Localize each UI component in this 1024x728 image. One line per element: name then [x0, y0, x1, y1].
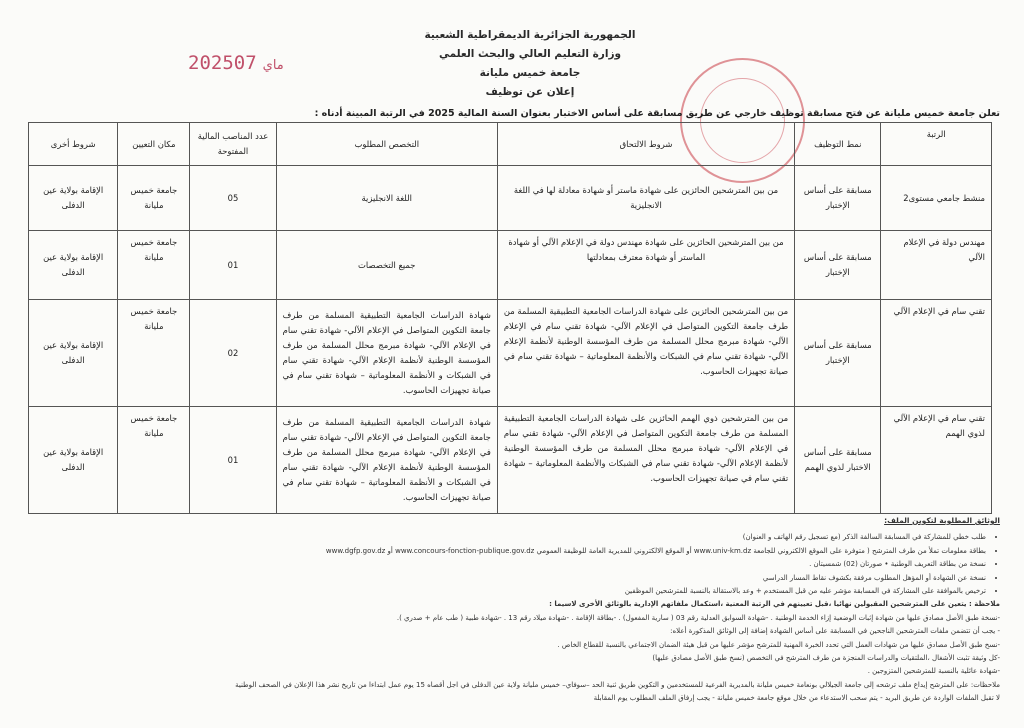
document-item: نسخة من بطاقة التعريف الوطنية • صورتان (…	[60, 558, 986, 571]
cell-rank: تقني سام في الإعلام الآلي	[881, 300, 992, 407]
table-header-row: الرتبة نمط التوظيف شروط الالتحاق التخصص …	[29, 123, 992, 166]
cell-specialty: اللغة الانجليزية	[276, 166, 497, 231]
header-specialty: التخصص المطلوب	[276, 123, 497, 166]
cell-place: جامعة خميس مليانة	[118, 231, 190, 300]
note-item: -شهادة عائلية بالنسبة للمترشحين المتزوجي…	[60, 665, 1000, 678]
remark-line: ملاحظات: على المترشح إيداع ملف ترشحه إلى…	[60, 679, 1000, 692]
intro-paragraph: تعلن جامعة خميس مليانة عن فتح مسابقة توظ…	[200, 108, 1000, 119]
cell-other: الإقامة بولاية عين الدفلى	[29, 407, 118, 514]
note-item: - يجب أن تتضمن ملفات المترشحين الناجحين …	[60, 625, 1000, 638]
document-item: نسخة عن الشهادة أو المؤهل المطلوب مرفقة …	[60, 572, 986, 585]
documents-title: الوثائق المطلوبة لتكوين الملف:	[60, 514, 1000, 527]
cell-specialty: شهادة الدراسات الجامعية التطبيقية المسلم…	[276, 407, 497, 514]
cell-other: الإقامة بولاية عين الدفلى	[29, 231, 118, 300]
cell-mode: مسابقة على أساس الإختبار	[795, 300, 881, 407]
cell-conditions: من بين المترشحين الحائزين على شهادة مهند…	[497, 231, 794, 300]
cell-other: الإقامة بولاية عين الدفلى	[29, 166, 118, 231]
letterhead: الجمهورية الجزائرية الديمقراطية الشعبية …	[380, 26, 680, 102]
remark-line: لا تقبل الملفات الواردة عن طريق البريد -…	[60, 692, 1000, 705]
header-other: شروط أخرى	[29, 123, 118, 166]
note-title: ملاحظة : يتعين على المترشحين المقبولين ن…	[60, 598, 1000, 611]
cell-conditions: من بين المترشحين الحائزين على شهادة ماست…	[497, 166, 794, 231]
cell-count: 02	[190, 300, 276, 407]
note-item: -كل وثيقة تثبت الأشغال ،الملتقيات والدرا…	[60, 652, 1000, 665]
cell-mode: مسابقة على أساس الاختبار لذوي الهمم	[795, 407, 881, 514]
ministry-name: وزارة التعليم العالي والبحث العلمي	[380, 45, 680, 64]
date-stamp: 2025ماي07	[188, 52, 290, 74]
cell-conditions: من بين المترشحين ذوي الهمم الحائزين على …	[497, 407, 794, 514]
positions-table: الرتبة نمط التوظيف شروط الالتحاق التخصص …	[28, 122, 992, 514]
cell-count: 01	[190, 407, 276, 514]
cell-mode: مسابقة على أساس الإختبار	[795, 231, 881, 300]
note-item: -نسخ طبق الأصل مصادق عليها من شهادات الع…	[60, 639, 1000, 652]
cell-rank: منشط جامعي مستوى2	[881, 166, 992, 231]
date-year: 2025	[188, 52, 234, 74]
note-item: -نسخة طبق الأصل مصادق عليها من شهادة إثب…	[60, 612, 1000, 625]
university-name: جامعة خميس مليانة	[380, 64, 680, 83]
table-row: تقني سام في الإعلام الآلي لذوي الهمم مسا…	[29, 407, 992, 514]
cell-place: جامعة خميس مليانة	[118, 300, 190, 407]
header-count: عدد المناصب المالية المفتوحة	[190, 123, 276, 166]
header-conditions: شروط الالتحاق	[497, 123, 794, 166]
header-place: مكان التعيين	[118, 123, 190, 166]
cell-place: جامعة خميس مليانة	[118, 407, 190, 514]
cell-specialty: جميع التخصصات	[276, 231, 497, 300]
cell-specialty: شهادة الدراسات الجامعية التطبيقية المسلم…	[276, 300, 497, 407]
table-row: منشط جامعي مستوى2 مسابقة على أساس الإختب…	[29, 166, 992, 231]
table-row: تقني سام في الإعلام الآلي مسابقة على أسا…	[29, 300, 992, 407]
announcement-title: إعلان عن توظيف	[380, 83, 680, 102]
cell-rank: مهندس دولة في الإعلام الآلي	[881, 231, 992, 300]
republic-name: الجمهورية الجزائرية الديمقراطية الشعبية	[380, 26, 680, 45]
cell-mode: مسابقة على أساس الإختبار	[795, 166, 881, 231]
header-rank: الرتبة	[881, 123, 992, 166]
document-item: طلب خطي للمشاركة في المسابقة السالفة الذ…	[60, 531, 986, 544]
cell-count: 05	[190, 166, 276, 231]
cell-rank: تقني سام في الإعلام الآلي لذوي الهمم	[881, 407, 992, 514]
header-mode: نمط التوظيف	[795, 123, 881, 166]
cell-count: 01	[190, 231, 276, 300]
date-month: ماي	[263, 58, 284, 73]
date-day: 07	[234, 52, 257, 74]
cell-place: جامعة خميس مليانة	[118, 166, 190, 231]
cell-other: الإقامة بولاية عين الدفلى	[29, 300, 118, 407]
documents-list: طلب خطي للمشاركة في المسابقة السالفة الذ…	[60, 531, 1000, 598]
cell-conditions: من بين المترشحين الحائزين على شهادة الدر…	[497, 300, 794, 407]
document-item: ترخيص بالموافقة على المشاركة في المسابقة…	[60, 585, 986, 598]
table-row: مهندس دولة في الإعلام الآلي مسابقة على أ…	[29, 231, 992, 300]
document-item: بطاقة معلومات تملأ من طرف المترشح ( متوف…	[60, 545, 986, 558]
required-documents-section: الوثائق المطلوبة لتكوين الملف: طلب خطي ل…	[60, 514, 1000, 706]
